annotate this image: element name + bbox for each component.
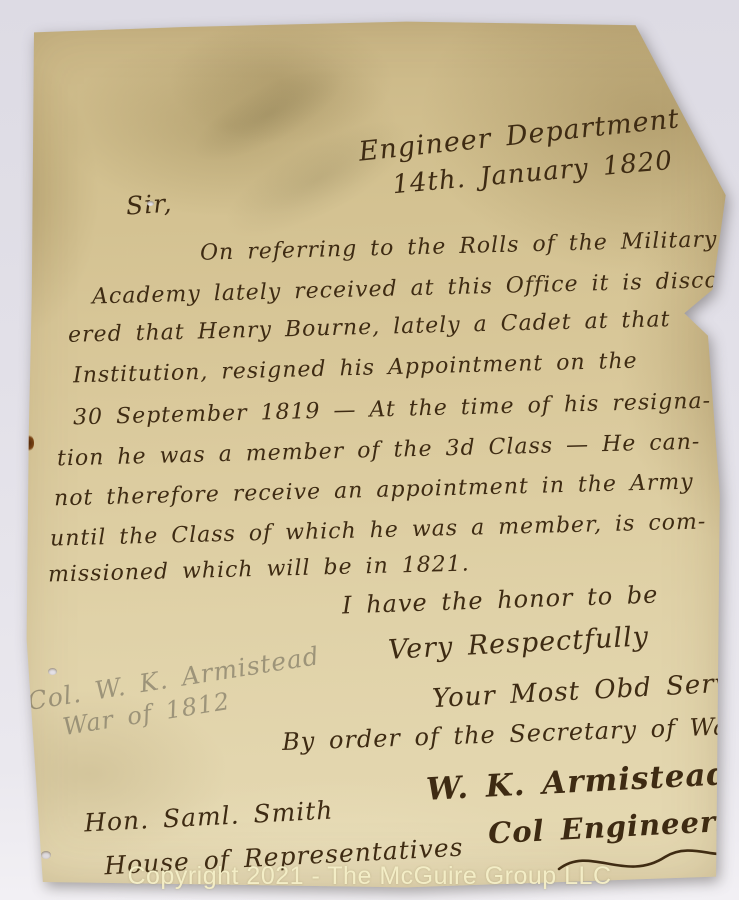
pencil-docket-name: Col. W. K. Armistead (26, 641, 322, 716)
letter-body-line: ered that Henry Bourne, lately a Cadet a… (68, 307, 671, 348)
letter-heading-date: 14th. January 1820 (391, 146, 674, 200)
paper-shadow-wrap: Engineer Department 14th. January 1820 S… (0, 0, 739, 900)
burn-stain (22, 434, 34, 452)
letter-closing-respectfully: Very Respectfully (387, 621, 649, 666)
signature-name: W. K. Armistead (425, 756, 730, 808)
letter-body-line: Institution, resigned his Appointment on… (73, 349, 638, 389)
paper-hole (147, 201, 154, 206)
paper-hole (41, 851, 51, 859)
letter-closing-honor: I have the honor to be (342, 580, 659, 619)
paper-hole (48, 668, 57, 675)
photo-backdrop: Engineer Department 14th. January 1820 S… (0, 0, 739, 900)
letter-body-line: 30 September 1819 — At the time of his r… (73, 389, 712, 431)
letter-closing-by-order: By order of the Secretary of War (282, 712, 739, 756)
pencil-docket-war: War of 1812 (61, 687, 232, 741)
recipient-name: Hon. Saml. Smith (83, 795, 334, 837)
letter-body-line: not therefore receive an appointment in … (54, 470, 694, 512)
letter-body-line: On referring to the Rolls of the Militar… (200, 227, 718, 266)
signature-title: Col Engineers (487, 804, 734, 851)
letter-salutation: Sir, (125, 188, 173, 220)
letter-body-line: until the Class of which he was a member… (50, 509, 707, 551)
letter-body-line: tion he was a member of the 3d Class — H… (57, 430, 701, 472)
letter-body-line: missioned which will be in 1821. (48, 551, 470, 587)
letter-closing-obedient: Your Most Obd Servt (431, 668, 739, 714)
letter-body-line: Academy lately received at this Office i… (92, 268, 739, 310)
letter-heading-department: Engineer Department (357, 103, 681, 168)
letter-paper: Engineer Department 14th. January 1820 S… (0, 0, 739, 900)
copyright-watermark: Copyright 2021 - The McGuire Group LLC (0, 862, 739, 891)
